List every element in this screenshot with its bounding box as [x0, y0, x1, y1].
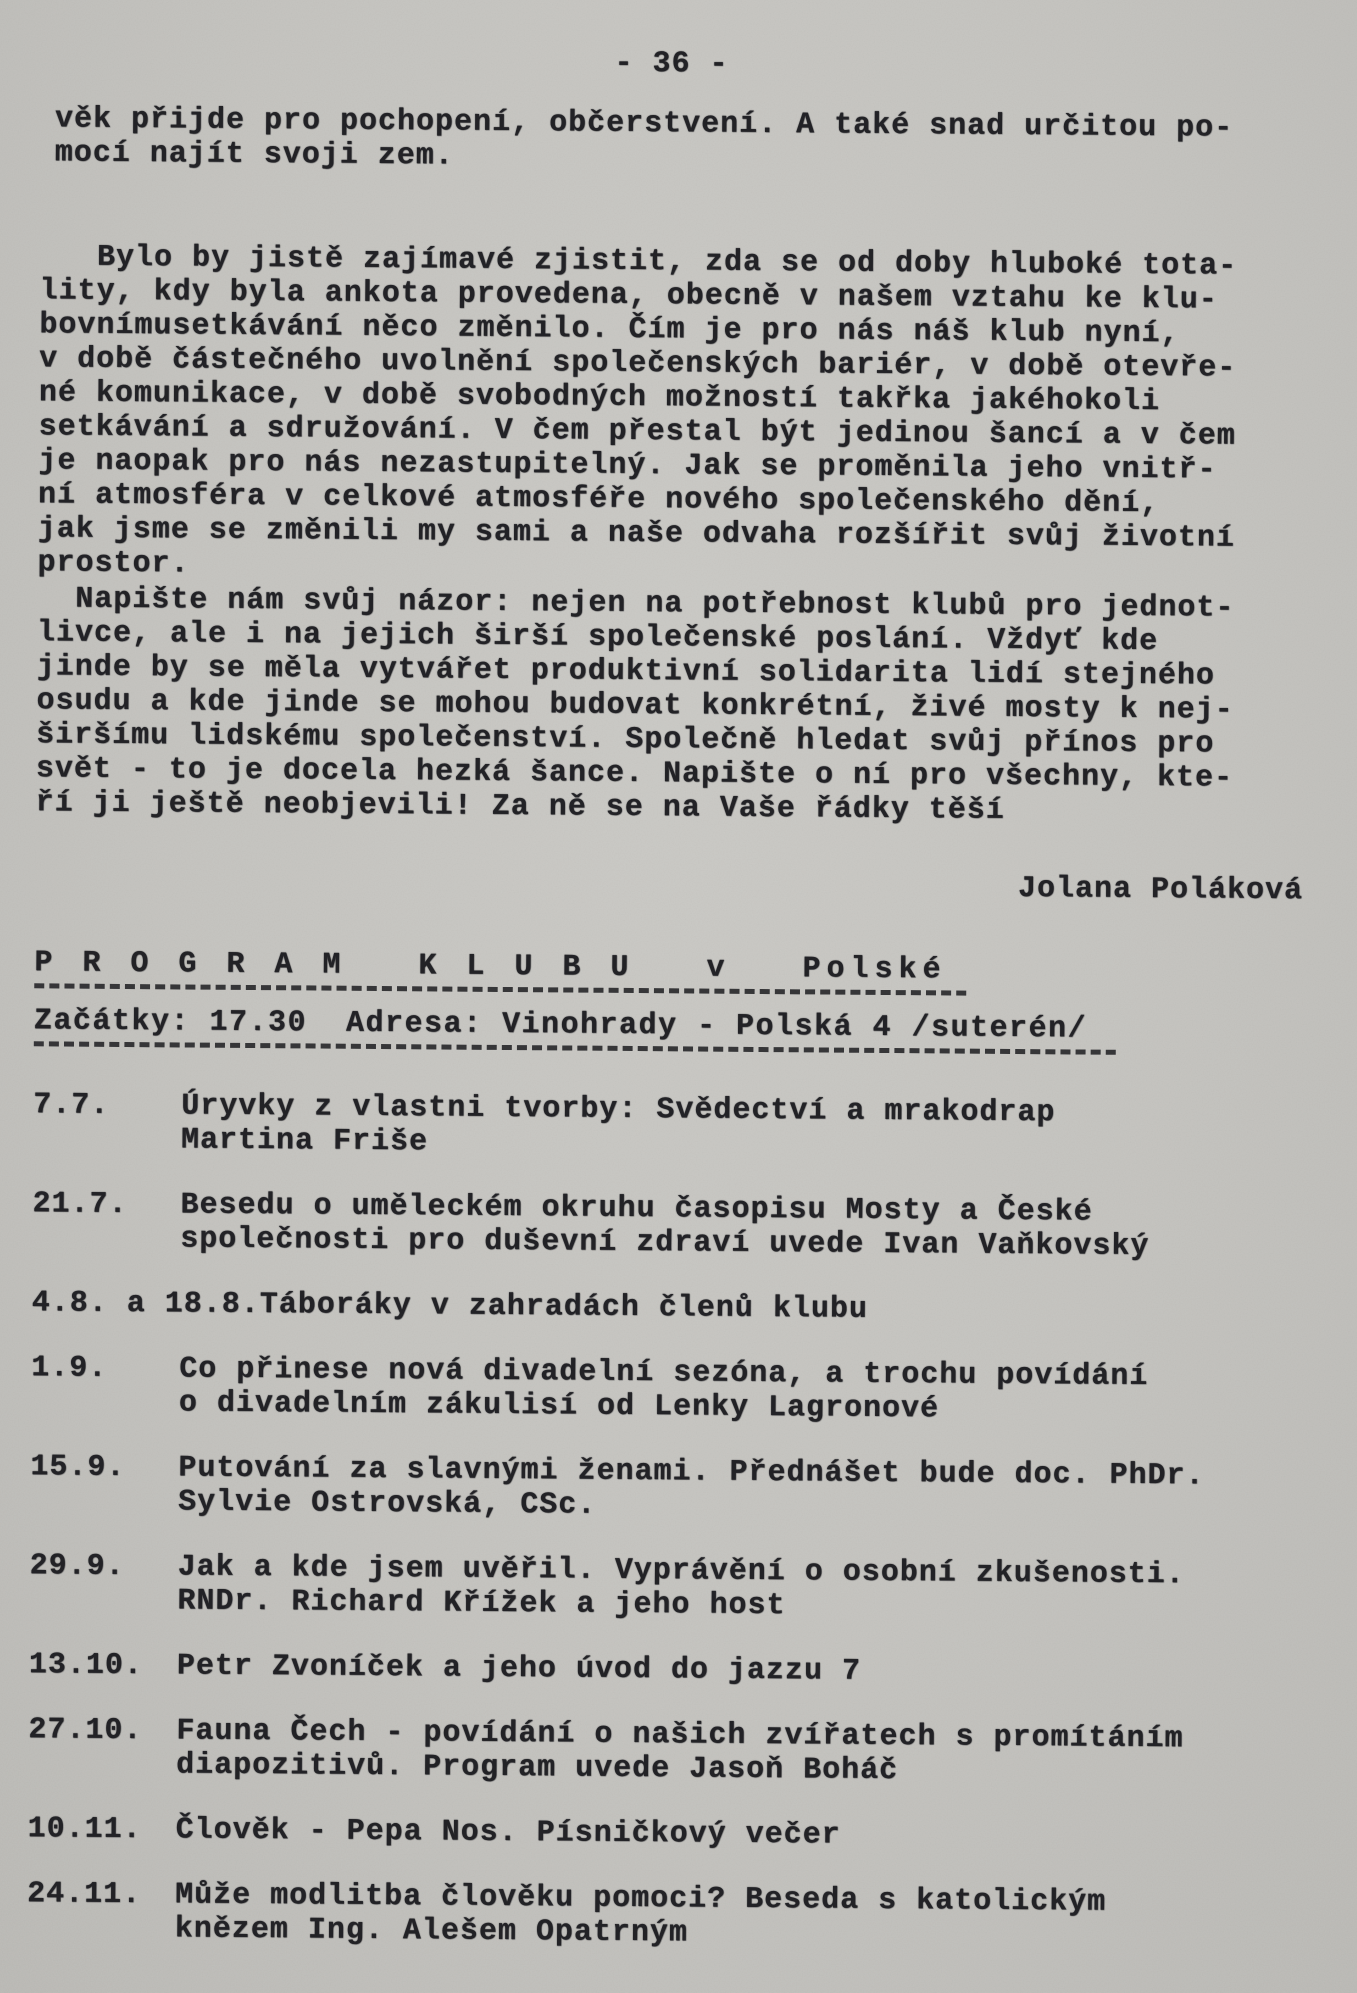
program-text: Jak a kde jsem uvěřil. Vyprávění o osobn…: [177, 1550, 1185, 1626]
program-text: Co přinese nová divadelní sezóna, a troc…: [179, 1352, 1149, 1428]
program-row: 7.7. Úryvky z vlastni tvorby: Svědectví …: [33, 1088, 1353, 1166]
program-date: 10.11.: [28, 1812, 176, 1847]
program-date: 29.9.: [30, 1549, 178, 1584]
program-row: 15.9. Putování za slavnými ženami. Předn…: [30, 1450, 1350, 1528]
typewritten-content: - 36 - věk přijde pro pochopení, občerst…: [0, 0, 1357, 1987]
intro-paragraph: věk přijde pro pochopení, občerstvení. A…: [41, 102, 1357, 180]
program-date: 13.10.: [29, 1648, 177, 1683]
program-row: 21.7. Besedu o uměleckém okruhu časopisu…: [32, 1187, 1352, 1265]
program-text: Petr Zvoníček a jeho úvod do jazzu 7: [177, 1649, 861, 1688]
program-row: 1.9. Co přinese nová divadelní sezóna, a…: [31, 1351, 1351, 1429]
author-signature: Jolana Poláková: [35, 864, 1355, 908]
program-row: 24.11. Může modlitba člověku pomoci? Bes…: [27, 1877, 1347, 1955]
program-text: Putování za slavnými ženami. Přednášet b…: [178, 1451, 1205, 1527]
program-text: Člověk - Pepa Nos. Písničkový večer: [175, 1813, 840, 1852]
program-text: Besedu o uměleckém okruhu časopisu Mosty…: [180, 1188, 1150, 1264]
program-text: Fauna Čech - povídání o našich zvířatech…: [176, 1714, 1184, 1790]
program-date: 27.10.: [28, 1713, 176, 1748]
program-heading-block: P R O G R A M K L U B U v Polské Začátky…: [34, 946, 1355, 1056]
program-date: 7.7.: [33, 1088, 181, 1123]
page-number: - 36 -: [41, 42, 1357, 86]
program-date: 15.9.: [30, 1450, 178, 1485]
program-row: 4.8. a 18.8. Táboráky v zahradách členů …: [32, 1286, 1352, 1330]
program-row: 13.10. Petr Zvoníček a jeho úvod do jazz…: [29, 1648, 1349, 1692]
program-date: 1.9.: [31, 1351, 179, 1386]
program-date: 24.11.: [27, 1877, 175, 1912]
program-row: 10.11. Člověk - Pepa Nos. Písničkový več…: [28, 1812, 1348, 1856]
scanned-document-page: - 36 - věk přijde pro pochopení, občerst…: [0, 0, 1357, 1993]
program-text: Může modlitba člověku pomoci? Beseda s k…: [175, 1878, 1107, 1953]
program-date: 4.8. a 18.8.: [32, 1286, 260, 1322]
program-row: 29.9. Jak a kde jsem uvěřil. Vyprávění o…: [29, 1549, 1349, 1627]
program-row: 27.10. Fauna Čech - povídání o našich zv…: [28, 1713, 1348, 1791]
paragraph-napiste: Napište nám svůj názor: nejen na potřebn…: [36, 582, 1357, 830]
program-text: Úryvky z vlastni tvorby: Svědectví a mra…: [181, 1089, 1056, 1164]
program-list: 7.7. Úryvky z vlastni tvorby: Svědectví …: [27, 1088, 1354, 1955]
program-text: Táboráky v zahradách členů klubu: [260, 1288, 868, 1327]
paragraph-totality: Bylo by jistě zajímavé zjistit, zda se o…: [37, 240, 1357, 590]
program-date: 21.7.: [32, 1187, 180, 1222]
